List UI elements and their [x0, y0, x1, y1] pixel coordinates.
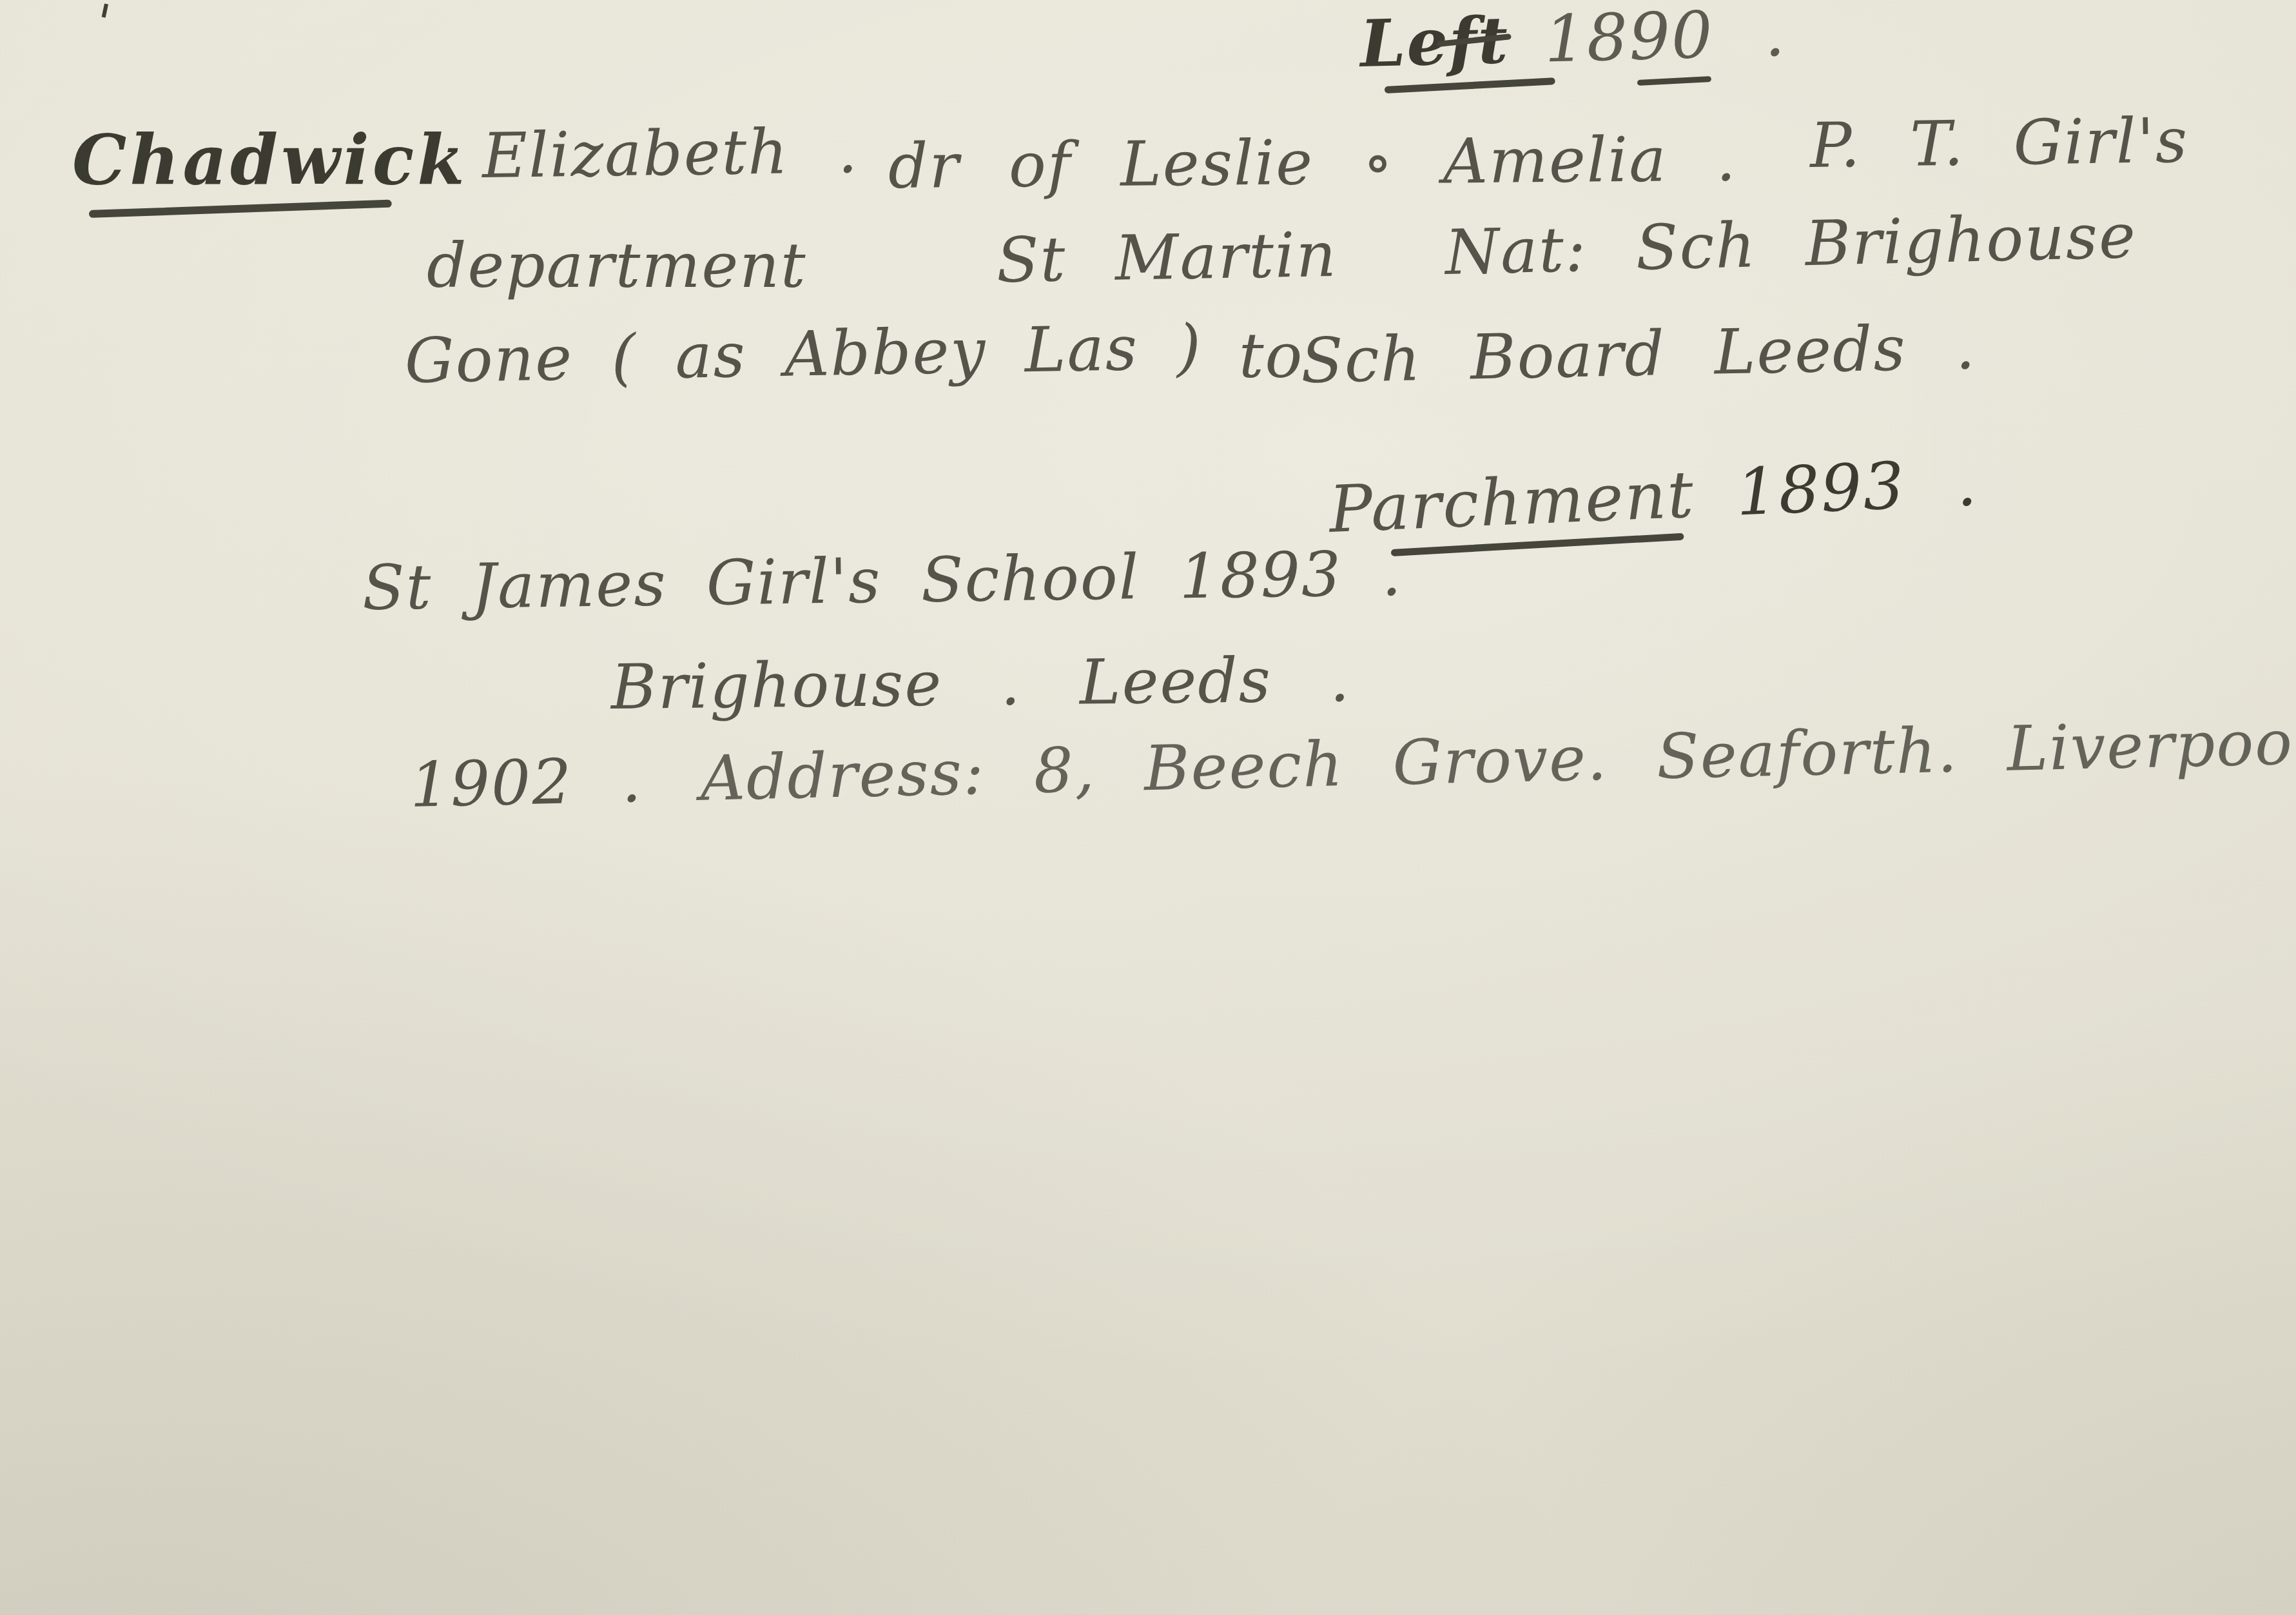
forename: Elizabeth . [482, 112, 859, 195]
gone-to-word: to [1239, 317, 1303, 395]
status-year: 1890 . [1544, 0, 1787, 77]
parentage-note: dr of Leslie ∘ Amelia . [888, 121, 1737, 205]
parchment-line: Parchment1893 . [1327, 442, 1980, 550]
surname: Chadwick [72, 117, 468, 203]
status-line: Left1890 . [1359, 0, 1787, 84]
role-note: P. T. Girl's [1809, 102, 2189, 184]
department-word: department [427, 227, 807, 304]
gone-destination: Sch Board Leeds . [1300, 308, 1977, 400]
appointment-place: Brighouse . Leeds . [610, 641, 1351, 726]
parchment-label: Parchment [1328, 456, 1697, 547]
stray-pen-mark: ' [89, 0, 117, 56]
gone-note: Gone ( as Abbey Las ) [404, 308, 1203, 400]
parchment-year: 1893 . [1735, 445, 1980, 531]
register-card-page: ' Left1890 . Chadwick Elizabeth . dr of … [0, 0, 2296, 1615]
school-name-continued: Nat: Sch Brighouse [1445, 197, 2138, 291]
school-name: St Martin [996, 216, 1338, 299]
note-1902-year: 1902 . [409, 744, 643, 821]
appointment-1893: St James Girl's School 1893 . [362, 534, 1403, 627]
status-left-label: Left [1359, 2, 1510, 82]
year-underline-stroke [1637, 76, 1711, 86]
